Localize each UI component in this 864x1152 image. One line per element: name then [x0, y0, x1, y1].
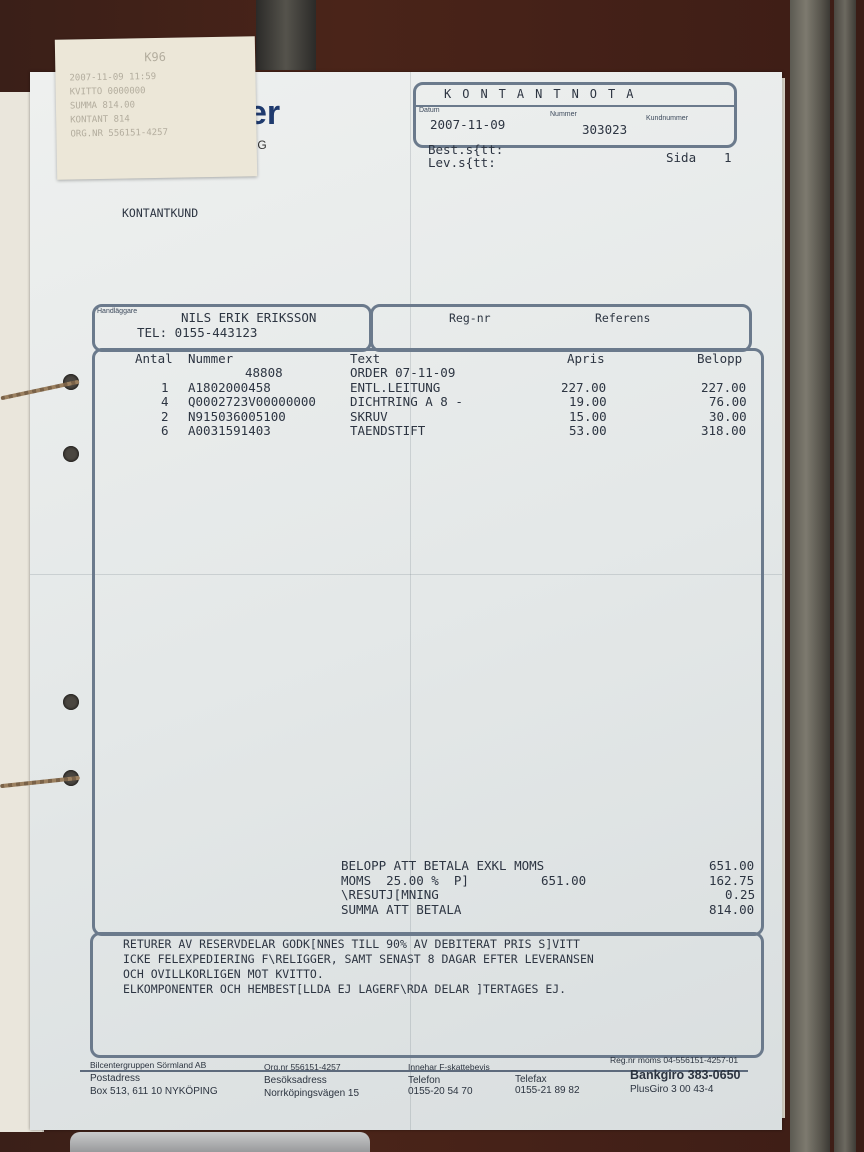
table-row: 6 A0031591403 TAENDSTIFT 53.00 318.00	[95, 423, 761, 438]
contact-phone: TEL: 0155-443123	[137, 325, 257, 340]
column-header: Apris	[567, 351, 605, 366]
rounding-value: 0.25	[725, 887, 755, 902]
besoksadress-label: Besöksadress	[264, 1075, 327, 1086]
sida-value: 1	[724, 150, 732, 165]
table-row: 2 N915036005100 SKRUV 15.00 30.00	[95, 409, 761, 424]
cell-belopp: 318.00	[701, 423, 746, 438]
cell-belopp: 76.00	[709, 394, 747, 409]
invoice-page: er IG KONTANTNOTA Datum 2007-11-09 Numme…	[30, 72, 782, 1130]
telefax-value: 0155-21 89 82	[515, 1085, 580, 1096]
summa-value: 814.00	[709, 902, 754, 917]
plusgiro: PlusGiro 3 00 43-4	[630, 1084, 713, 1095]
terms-line: ICKE FELEXPEDIERING F\RELIGGER, SAMT SEN…	[123, 952, 594, 966]
customer-name: KONTANTKUND	[122, 206, 198, 220]
cell-nummer: A0031591403	[188, 423, 271, 438]
telefon-value: 0155-20 54 70	[408, 1086, 473, 1097]
bankgiro: Bankgiro 383-0650	[630, 1068, 740, 1082]
sida-label: Sida	[666, 150, 696, 165]
reference-box: Reg-nr Referens	[370, 304, 752, 352]
datum-label: Datum	[419, 107, 440, 114]
receipt-line: ORG.NR 556151-4257	[70, 124, 242, 141]
cell-apris: 19.00	[569, 394, 607, 409]
cell-apris: 227.00	[561, 380, 606, 395]
moms-base: 651.00	[541, 873, 586, 888]
cell-belopp: 30.00	[709, 409, 747, 424]
cell-text: SKRUV	[350, 409, 388, 424]
contact-name: NILS ERIK ERIKSSON	[181, 310, 316, 325]
exkl-moms-value: 651.00	[709, 858, 754, 873]
terms-line: ELKOMPONENTER OCH HEMBEST[LLDA EJ LAGERF…	[123, 982, 566, 996]
company-name: Bilcentergruppen Sörmland AB	[90, 1060, 206, 1070]
rounding-label: \RESUTJ[MNING	[341, 887, 439, 902]
punch-hole	[63, 694, 79, 710]
vat-regnr: Reg.nr moms 04-556151-4257-01	[610, 1055, 738, 1065]
referens-label: Referens	[595, 311, 650, 325]
binder-clip-bottom	[70, 1132, 370, 1152]
order-row: 48808 ORDER 07-11-09	[95, 365, 761, 380]
nummer-label: Nummer	[550, 111, 577, 118]
cell-apris: 53.00	[569, 423, 607, 438]
cell-belopp: 227.00	[701, 380, 746, 395]
cell-nummer: A1802000458	[188, 380, 271, 395]
contact-box: Handläggare NILS ERIK ERIKSSON TEL: 0155…	[92, 304, 372, 352]
receipt-title: K96	[69, 49, 241, 66]
lev-satt-label: Lev.s{tt:	[428, 155, 496, 170]
cell-text: ENTL.LEITUNG	[350, 380, 440, 395]
column-header: Text	[350, 351, 380, 366]
regnr-label: Reg-nr	[449, 311, 491, 325]
besoksadress-value: Norrköpingsvägen 15	[264, 1088, 359, 1099]
moms-value: 162.75	[709, 873, 754, 888]
cell-nummer: N915036005100	[188, 409, 286, 424]
punch-hole	[63, 446, 79, 462]
terms-line: OCH OVILLKORLIGEN MOT KVITTO.	[123, 967, 324, 981]
column-header: Nummer	[188, 351, 233, 366]
receipt-slip: K96 2007-11-09 11:59 KVITTO 0000000 SUMM…	[55, 36, 257, 179]
summa-row: SUMMA ATT BETALA 814.00	[95, 902, 761, 917]
kundnummer-label: Kundnummer	[646, 115, 688, 122]
table-row: 1 A1802000458 ENTL.LEITUNG 227.00 227.00	[95, 380, 761, 395]
cell-antal: 4	[161, 394, 169, 409]
order-text: ORDER 07-11-09	[350, 365, 455, 380]
terms-line: RETURER AV RESERVDELAR GODK[NNES TILL 90…	[123, 937, 580, 951]
cell-antal: 1	[161, 380, 169, 395]
column-header: Antal	[135, 351, 173, 366]
telefax-label: Telefax	[515, 1074, 547, 1085]
postadress-label: Postadress	[90, 1073, 140, 1084]
column-header: Belopp	[697, 351, 742, 366]
order-number: 48808	[245, 365, 283, 380]
handlaggare-label: Handläggare	[97, 308, 137, 315]
cell-nummer: Q0002723V00000000	[188, 394, 316, 409]
table-row: 4 Q0002723V00000000 DICHTRING A 8 - 19.0…	[95, 394, 761, 409]
exkl-moms-label: BELOPP ATT BETALA EXKL MOMS	[341, 858, 544, 873]
nummer-value: 303023	[582, 122, 627, 137]
cell-antal: 6	[161, 423, 169, 438]
total-exkl-row: BELOPP ATT BETALA EXKL MOMS 651.00	[95, 858, 761, 873]
cell-text: TAENDSTIFT	[350, 423, 425, 438]
summa-label: SUMMA ATT BETALA	[341, 902, 461, 917]
binder-rail-inner	[834, 0, 856, 1152]
rounding-row: \RESUTJ[MNING 0.25	[95, 887, 761, 902]
cell-text: DICHTRING A 8 -	[350, 394, 463, 409]
moms-label: MOMS 25.00 % P]	[341, 873, 469, 888]
wood-edge	[856, 0, 864, 1152]
binder-clip-top	[256, 0, 316, 70]
table-header: Antal Nummer Text Apris Belopp	[95, 351, 761, 366]
binder-rail	[790, 0, 830, 1152]
moms-row: MOMS 25.00 % P] 651.00 162.75	[95, 873, 761, 888]
invoice-header-box: KONTANTNOTA Datum 2007-11-09 Nummer 3030…	[413, 82, 737, 148]
document-title: KONTANTNOTA	[444, 87, 644, 101]
cell-apris: 15.00	[569, 409, 607, 424]
postadress-value: Box 513, 611 10 NYKÖPING	[90, 1086, 218, 1097]
telefon-label: Telefon	[408, 1075, 440, 1086]
header-divider	[416, 105, 734, 107]
line-items-table: Antal Nummer Text Apris Belopp 48808 ORD…	[92, 348, 764, 936]
datum-value: 2007-11-09	[430, 117, 505, 132]
cell-antal: 2	[161, 409, 169, 424]
terms-box: RETURER AV RESERVDELAR GODK[NNES TILL 90…	[90, 932, 764, 1058]
